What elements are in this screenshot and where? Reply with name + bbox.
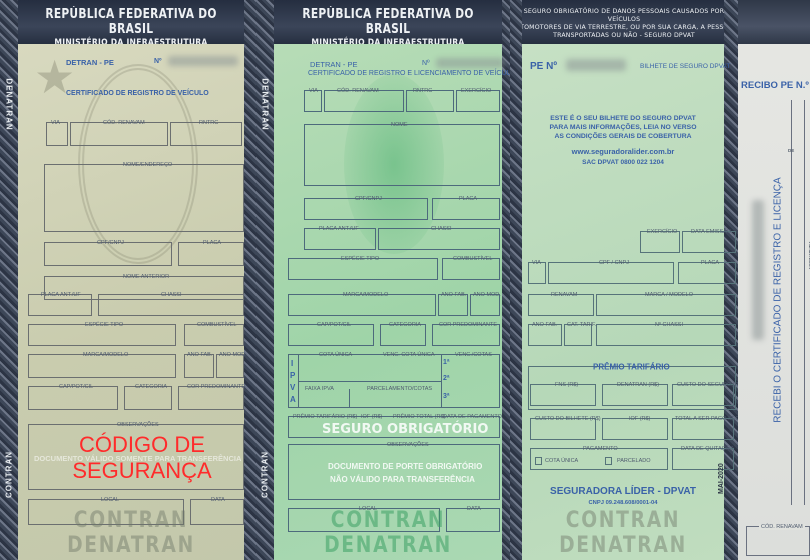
document-title: CERTIFICADO DE REGISTRO DE VEÍCULO <box>66 90 209 97</box>
header-line: AUTOMOTORES DE VIA TERRESTRE, OU POR SUA… <box>510 24 738 32</box>
field-color: COR PREDOMINANTE <box>178 386 244 410</box>
field-year-manufacture: ANO FAB. <box>528 324 562 346</box>
field-fns: FNS (R$) <box>530 384 596 406</box>
de-label: DE <box>788 148 794 153</box>
receipt-stub: RECIBO PE N.º RECEBI O CERTIFICADO DE RE… <box>738 0 810 560</box>
field-year-model: ANO MOD. <box>216 354 244 378</box>
field-previous-plate: PLACA ANT./UF <box>28 294 92 316</box>
field-ticket-cost: CUSTO DO BILHETE (R$) <box>530 418 596 440</box>
strip-denatran-text: DENATRAN <box>5 78 14 130</box>
field-renavam: CÓD. RENAVAM <box>324 90 404 112</box>
field-year-manufacture: ANO FAB. <box>438 294 468 316</box>
field-year-manufacture: ANO FAB. <box>184 354 214 378</box>
contran-denatran-footer: CONTRAN DENATRAN <box>291 508 485 558</box>
field-plate: PLACA <box>178 242 244 266</box>
field-cpf-cnpj: CPF/CNPJ <box>44 242 172 266</box>
field-capacity-power: CAP/POT/CIL <box>28 386 118 410</box>
field-observations: OBSERVAÇÕES <box>288 444 500 500</box>
ticket-title: BILHETE DE SEGURO DPVAT <box>640 63 730 70</box>
number-label: Nº <box>154 58 162 65</box>
field-exercise-year: EXERCÍCIO <box>456 90 500 112</box>
redacted-number <box>168 56 238 66</box>
document-title: CERTIFICADO DE REGISTRO E LICENCIAMENTO … <box>308 70 510 77</box>
field-cpf-cnpj: CPF/CNPJ <box>304 198 428 220</box>
field-rntrc: RNTRC <box>170 122 242 146</box>
number-label: Nº <box>422 60 430 67</box>
left-security-strip: DENATRAN CONTRAN <box>256 0 274 560</box>
redacted-number <box>566 59 626 71</box>
field-renavam: RENAVAM <box>528 294 594 316</box>
receipt-number-label: RECIBO PE N.º <box>741 80 809 91</box>
crlv-document: REPÚBLICA FEDERATIVA DO BRASIL MINISTÉRI… <box>256 0 510 560</box>
not-valid-transfer-notice: NÃO VÁLIDO PARA TRANSFERÊNCIA <box>330 475 475 484</box>
field-tariff-category: CAT. TARIF. <box>564 324 592 346</box>
receipt-acknowledgement-text: RECEBI O CERTIFICADO DE REGISTRO E LICEN… <box>773 177 784 422</box>
header-title: REPÚBLICA FEDERATIVA DO BRASIL <box>295 0 482 37</box>
field-via: VIA <box>304 90 322 112</box>
right-security-strip <box>502 0 510 560</box>
field-fuel: COMBUSTÍVEL <box>184 324 244 346</box>
field-via: VIA <box>528 262 546 284</box>
single-payment-checkbox[interactable] <box>535 457 542 465</box>
field-renavam: CÓD. RENAVAM <box>746 526 810 556</box>
dpvat-ticket: SEGURO OBRIGATÓRIO DE DANOS PESSOAIS CAU… <box>510 0 738 560</box>
field-fuel: COMBUSTÍVEL <box>442 258 500 280</box>
field-color: COR PREDOMINANTE <box>432 324 500 346</box>
insurer-name: SEGURADORA LÍDER - DPVAT <box>522 486 724 497</box>
redacted-number <box>436 58 504 68</box>
header-line: SEGURO OBRIGATÓRIO DE DANOS PESSOAIS CAU… <box>510 8 738 24</box>
header-line: TRANSPORTADAS OU NÃO - SEGURO DPVAT <box>510 32 738 40</box>
issuer: DETRAN - PE <box>310 60 358 69</box>
document-header: REPÚBLICA FEDERATIVA DO BRASIL MINISTÉRI… <box>274 0 502 44</box>
insurer-cnpj: CNPJ 09.248.608/0001-04 <box>522 500 724 506</box>
sac-phone: SAC DPVAT 0800 022 1204 <box>522 158 724 167</box>
security-code-overlay: CÓDIGO DE SEGURANÇA <box>62 432 222 484</box>
ipva-block: I P V A COTA ÚNICA VENC. COTA ÚNICA VENC… <box>288 354 500 408</box>
field-category: CATEGORIA <box>124 386 172 410</box>
contran-denatran-footer: CONTRAN DENATRAN <box>537 508 709 558</box>
field-insurance-cost: CUSTO DO SEGURO (R$) <box>672 384 734 406</box>
field-previous-plate: PLACA ANT./UF <box>304 228 376 250</box>
field-renavam: CÓD. RENAVAM <box>70 122 168 146</box>
field-via: VIA <box>46 122 68 146</box>
header-title: REPÚBLICA FEDERATIVA DO BRASIL <box>38 0 223 37</box>
signature-line <box>804 100 805 505</box>
left-security-strip: DENATRAN CONTRAN <box>0 0 18 560</box>
field-species-type: ESPÉCIE TIPO <box>288 258 438 280</box>
field-year-model: ANO MOD. <box>470 294 500 316</box>
ipva-label-column: I P V A <box>289 355 299 407</box>
field-capacity-power: CAP/POT/CIL <box>288 324 374 346</box>
left-security-strip <box>510 0 522 560</box>
field-total-payable: TOTAL A SER PAGO SEGURADO (R$) <box>672 418 734 440</box>
signature-line <box>791 100 792 505</box>
field-denatran-fee: DENATRAN (R$) <box>602 384 668 406</box>
redacted-name <box>752 200 764 340</box>
field-plate: PLACA <box>678 262 736 284</box>
field-iof: IOF (R$) <box>602 418 668 440</box>
website-link: www.seguradoralider.com.br <box>522 146 724 158</box>
strip-denatran-text: DENATRAN <box>261 78 270 130</box>
dpvat-header: SEGURO OBRIGATÓRIO DE DANOS PESSOAIS CAU… <box>510 0 738 44</box>
field-species-type: ESPÉCIE TIPO <box>28 324 176 346</box>
info-block: ESTE É O SEU BILHETE DO SEGURO DPVAT PAR… <box>522 114 724 167</box>
field-chassis: CHASSI <box>378 228 500 250</box>
field-chassis: CHASSI <box>98 294 244 316</box>
installment-checkbox[interactable] <box>605 457 612 465</box>
field-exercise-year: EXERCÍCIO <box>640 231 680 253</box>
field-plate: PLACA <box>432 198 500 220</box>
dpvat-paper: PE Nº BILHETE DE SEGURO DPVAT ESTE É O S… <box>522 44 724 560</box>
field-rntrc: RNTRC <box>406 90 454 112</box>
mandatory-document-notice: DOCUMENTO DE PORTE OBRIGATÓRIO <box>328 462 482 471</box>
field-category: CATEGORIA <box>380 324 426 346</box>
issuer: DETRAN - PE <box>66 58 114 67</box>
contran-denatran-footer: CONTRAN DENATRAN <box>35 508 227 558</box>
strip-contran-text: CONTRAN <box>261 451 270 498</box>
pe-number-label: PE Nº <box>530 61 557 72</box>
field-make-model: MARCA/MODELO <box>28 354 176 378</box>
edition-code: MAI-2020 <box>718 463 725 494</box>
field-chassis: Nº CHASSI <box>596 324 736 346</box>
mandatory-insurance-title: SEGURO OBRIGATÓRIO <box>322 422 488 437</box>
field-name: NOME <box>304 124 500 186</box>
crv-document: REPÚBLICA FEDERATIVA DO BRASIL MINISTÉRI… <box>0 0 262 560</box>
field-cpf-cnpj: CPF / CNPJ <box>548 262 674 284</box>
receipt-header-band <box>738 0 810 44</box>
field-payment: PAGAMENTO COTA ÚNICA PARCELADO <box>530 448 668 470</box>
document-header: REPÚBLICA FEDERATIVA DO BRASIL MINISTÉRI… <box>18 0 244 44</box>
field-make-model: MARCA / MODELO <box>596 294 736 316</box>
field-make-model: MARCA/MODELO <box>288 294 436 316</box>
strip-contran-text: CONTRAN <box>5 451 14 498</box>
field-name-address: NOME/ENDEREÇO <box>44 164 244 232</box>
crlv-paper: DETRAN - PE Nº CERTIFICADO DE REGISTRO E… <box>274 44 502 560</box>
field-issue-date: DATA EMISSÃO <box>682 231 736 253</box>
